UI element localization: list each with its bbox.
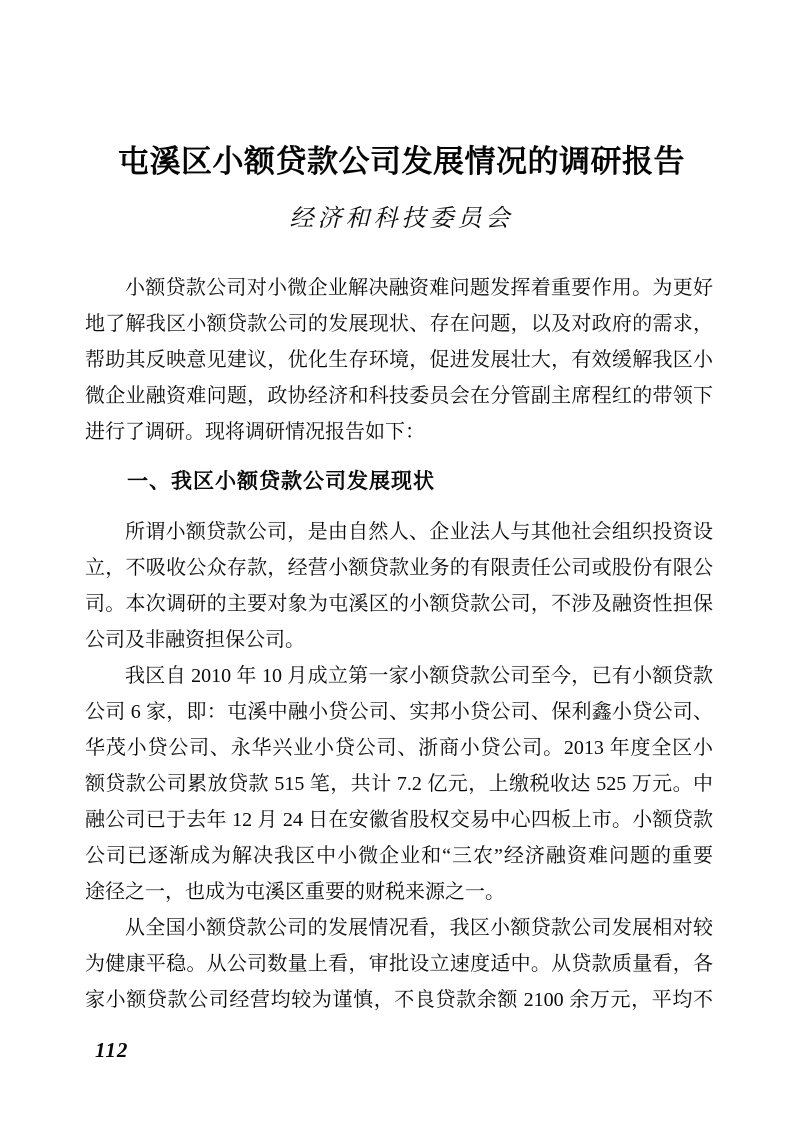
document-page: 屯溪区小额贷款公司发展情况的调研报告 经济和科技委员会 小额贷款公司对小微企业解…: [0, 0, 803, 1133]
text-line: 家小额贷款公司经营均较为谨慎，不良贷款余额 2100 余万元，平均不: [85, 982, 713, 1018]
text-line: 途径之一，也成为屯溪区重要的财税来源之一。: [85, 874, 713, 910]
text-line: 为健康平稳。从公司数量上看，审批设立速度适中。从贷款质量看，各: [85, 946, 713, 982]
text-line: 公司已逐渐成为解决我区中小微企业和“三农”经济融资难问题的重要: [85, 838, 713, 874]
text-line: 从全国小额贷款公司的发展情况看，我区小额贷款公司发展相对较: [85, 910, 713, 946]
text-line: 地了解我区小额贷款公司的发展现状、存在问题，以及对政府的需求，: [85, 306, 713, 342]
document-body: 小额贷款公司对小微企业解决融资难问题发挥着重要作用。为更好地了解我区小额贷款公司…: [85, 270, 713, 1018]
text-line: 立，不吸收公众存款，经营小额贷款业务的有限责任公司或股份有限公: [85, 550, 713, 586]
text-line: 司。本次调研的主要对象为屯溪区的小额贷款公司，不涉及融资性担保: [85, 586, 713, 622]
text-line: 我区自 2010 年 10 月成立第一家小额贷款公司至今，已有小额贷款: [85, 658, 713, 694]
section-heading: 一、我区小额贷款公司发展现状: [85, 464, 713, 500]
text-line: 额贷款公司累放贷款 515 笔，共计 7.2 亿元，上缴税收达 525 万元。中: [85, 766, 713, 802]
text-line: 微企业融资难问题，政协经济和科技委员会在分管副主席程红的带领下: [85, 378, 713, 414]
document-title: 屯溪区小额贷款公司发展情况的调研报告: [0, 136, 803, 181]
text-line: 所谓小额贷款公司，是由自然人、企业法人与其他社会组织投资设: [85, 514, 713, 550]
text-line: 小额贷款公司对小微企业解决融资难问题发挥着重要作用。为更好: [85, 270, 713, 306]
text-line: 华茂小贷公司、永华兴业小贷公司、浙商小贷公司。2013 年度全区小: [85, 730, 713, 766]
document-subtitle: 经济和科技委员会: [0, 198, 803, 233]
text-line: 融公司已于去年 12 月 24 日在安徽省股权交易中心四板上市。小额贷款: [85, 802, 713, 838]
text-line: 公司及非融资担保公司。: [85, 622, 713, 658]
page-number: 112: [95, 1038, 128, 1063]
text-line: 公司 6 家，即：屯溪中融小贷公司、实邦小贷公司、保利鑫小贷公司、: [85, 694, 713, 730]
text-line: 帮助其反映意见建议，优化生存环境，促进发展壮大，有效缓解我区小: [85, 342, 713, 378]
text-line: 进行了调研。现将调研情况报告如下：: [85, 414, 713, 450]
